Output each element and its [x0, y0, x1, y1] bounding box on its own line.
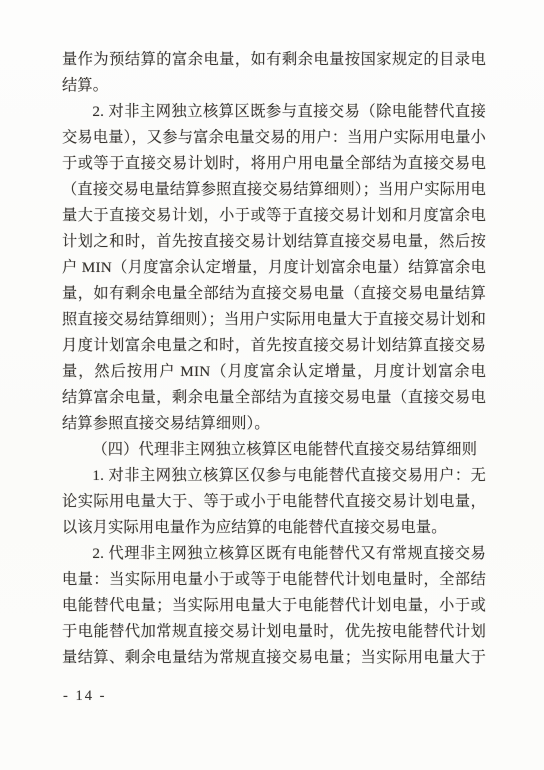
- text-line: 1. 对非主网独立核算区仅参与电能替代直接交易用户：无: [62, 463, 486, 489]
- text-line: 量，然后按用户 MIN（月度富余认定增量，月度计划富余电量）: [62, 359, 486, 385]
- text-line: 计划之和时，首先按直接交易计划结算直接交易电量，然后按用: [62, 229, 486, 255]
- text-line: 照直接交易结算细则）；当用户实际用电量大于直接交易计划和: [62, 307, 486, 333]
- text-line: 结算富余电量，剩余电量全部结为直接交易电量（直接交易电量: [62, 385, 486, 411]
- text-line: 结算参照直接交易结算细则）。: [62, 411, 486, 437]
- text-line: 于或等于直接交易计划时，将用户用电量全部结为直接交易电量: [62, 151, 486, 177]
- text-line: 电能替代电量；当实际用电量大于电能替代计划电量，小于或等: [62, 593, 486, 619]
- text-line: 以该月实际用电量作为应结算的电能替代直接交易电量。: [62, 515, 486, 541]
- text-line: 交易电量），又参与富余电量交易的用户：当用户实际用电量小: [62, 125, 486, 151]
- text-line: 电量：当实际用电量小于或等于电能替代计划电量时，全部结为: [62, 567, 486, 593]
- text-line: 量作为预结算的富余电量，如有剩余电量按国家规定的目录电价: [62, 47, 486, 73]
- page-number: - 14 -: [63, 687, 106, 705]
- text-line: 2. 代理非主网独立核算区既有电能替代又有常规直接交易: [62, 541, 486, 567]
- text-line: 月度计划富余电量之和时，首先按直接交易计划结算直接交易电: [62, 333, 486, 359]
- text-line: （直接交易电量结算参照直接交易结算细则）；当用户实际用电: [62, 177, 486, 203]
- text-line: 论实际用电量大于、等于或小于电能替代直接交易计划电量，均: [62, 489, 486, 515]
- text-line: 量，如有剩余电量全部结为直接交易电量（直接交易电量结算参: [62, 281, 486, 307]
- text-line: 量结算、剩余电量结为常规直接交易电量；当实际用电量大于电: [62, 645, 486, 671]
- text-line: 量大于直接交易计划，小于或等于直接交易计划和月度富余电量: [62, 203, 486, 229]
- text-line: 于电能替代加常规直接交易计划电量时，优先按电能替代计划电: [62, 619, 486, 645]
- text-line: 结算。: [62, 73, 486, 99]
- text-line: 2. 对非主网独立核算区既参与直接交易（除电能替代直接: [62, 99, 486, 125]
- page-body-text: 量作为预结算的富余电量，如有剩余电量按国家规定的目录电价 结算。 2. 对非主网…: [62, 47, 486, 671]
- text-line: （四）代理非主网独立核算区电能替代直接交易结算细则: [62, 437, 486, 463]
- scanned-document-page: 量作为预结算的富余电量，如有剩余电量按国家规定的目录电价 结算。 2. 对非主网…: [0, 0, 544, 770]
- text-line: 户 MIN（月度富余认定增量，月度计划富余电量）结算富余电: [62, 255, 486, 281]
